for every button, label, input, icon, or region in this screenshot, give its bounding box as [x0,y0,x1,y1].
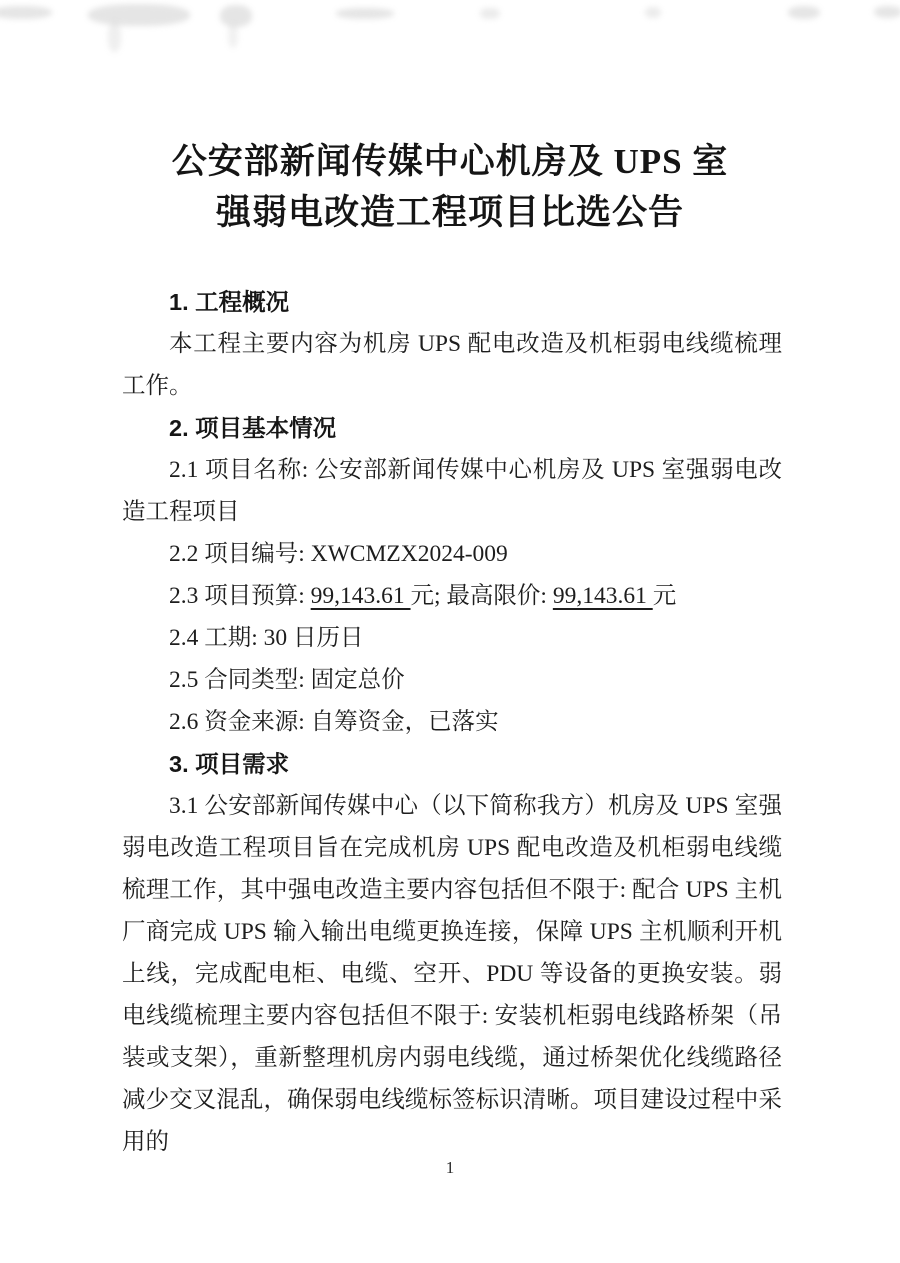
contract-type-line: 2.5 合同类型: 固定总价 [122,659,782,701]
document-body: 1. 工程概况 本工程主要内容为机房 UPS 配电改造及机柜弱电线缆梳理工作。 … [122,281,782,1163]
budget-unit: 元 [653,583,677,609]
budget-amount: 99,143.61 [311,583,411,609]
max-price-amount: 99,143.61 [553,583,653,609]
section-2-heading: 2. 项目基本情况 [122,407,782,449]
project-duration-line: 2.4 工期: 30 日历日 [122,617,782,659]
project-name-line: 2.1 项目名称: 公安部新闻传媒中心机房及 UPS 室强弱电改造工程项目 [122,449,782,533]
project-budget-line: 2.3 项目预算: 99,143.61 元; 最高限价: 99,143.61 元 [122,575,782,617]
section-1-heading: 1. 工程概况 [122,281,782,323]
funding-source-line: 2.6 资金来源: 自筹资金，已落实 [122,701,782,743]
section-3-paragraph: 3.1 公安部新闻传媒中心（以下简称我方）机房及 UPS 室强弱电改造工程项目旨… [122,785,782,1163]
section-1-paragraph: 本工程主要内容为机房 UPS 配电改造及机柜弱电线缆梳理工作。 [122,323,782,407]
scan-artifact [0,6,52,19]
section-3-heading: 3. 项目需求 [122,743,782,785]
project-number-line: 2.2 项目编号: XWCMZX2024-009 [122,533,782,575]
budget-label: 2.3 项目预算: [169,583,311,609]
document-title-line-2: 强弱电改造工程项目比选公告 [60,187,840,238]
document-title-line-1: 公安部新闻传媒中心机房及 UPS 室 [60,136,840,187]
scan-artifact [874,6,900,18]
page-number: 1 [0,1158,900,1178]
document-page: 公安部新闻传媒中心机房及 UPS 室 强弱电改造工程项目比选公告 1. 工程概况… [0,0,900,1263]
document-title: 公安部新闻传媒中心机房及 UPS 室 强弱电改造工程项目比选公告 [60,0,840,238]
budget-separator: 元; 最高限价: [411,583,553,609]
